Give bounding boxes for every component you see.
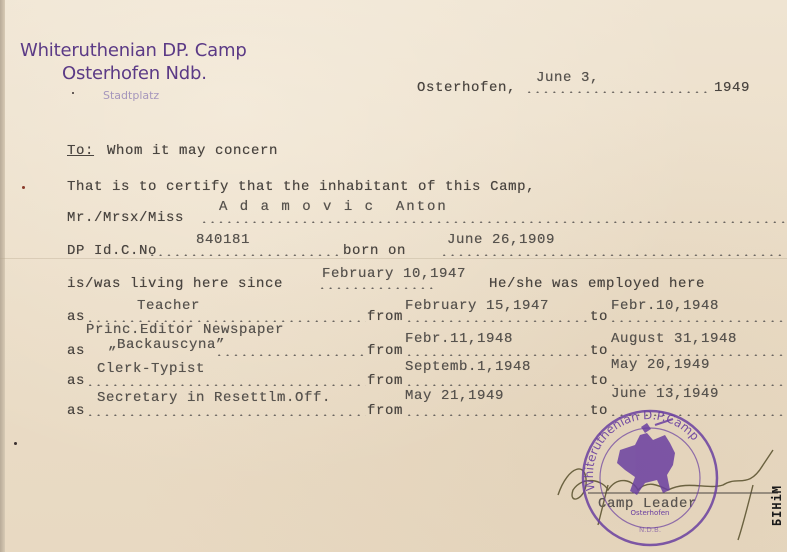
dateline-place: Osterhofen, [417,80,516,96]
residence-prefix: is/was living here since [67,276,283,292]
employment-dots [609,320,785,322]
camp-stamp: Whiteruthenian D.P.Camp Osterhofen N.D.B… [575,405,725,547]
archive-watermark: БІНіМ [770,485,784,526]
employment-dots [609,354,785,356]
employment-as-label: as [67,373,85,389]
residence-since: February 10,1947 [322,266,466,282]
dateline-year: 1949 [714,80,750,96]
employment-dots [405,320,588,322]
employment-from: February 15,1947 [405,298,549,314]
paper-speck [72,92,74,94]
employment-dots [405,354,588,356]
employment-dots [405,414,588,416]
employment-position: Princ.Editor Newspaper [86,322,284,338]
employment-dots [86,414,366,416]
employment-to: May 20,1949 [611,357,710,373]
paper-edge [0,0,5,552]
name-dots [200,221,785,223]
employment-position: Clerk-Typist [97,361,205,377]
id-dots [148,254,340,256]
employment-to-label: to [590,373,608,389]
id-label: DP Id.C.No [67,243,157,259]
header-stamp-line1: Whiteruthenian DP. Camp [20,40,247,61]
employment-to-label: to [590,309,608,325]
employment-position: Secretary in Resettlm.Off. [97,390,331,406]
residence-suffix: He/she was employed here [489,276,705,292]
employment-to: August 31,1948 [611,331,737,347]
employment-to-label: to [590,343,608,359]
header-stamp-line2: Osterhofen Ndb. [62,63,207,84]
paper-speck [14,442,17,445]
svg-text:N.D.B.: N.D.B. [639,526,661,534]
certify-line: That is to certify that the inhabitant o… [67,179,535,195]
header-stamp-line3: Stadtplatz [103,89,159,102]
salutation-to: To: [67,143,94,159]
employment-as-label: as [67,403,85,419]
employment-to: Febr.10,1948 [611,298,719,314]
born-dots [440,254,785,256]
employment-to: June 13,1949 [611,386,719,402]
employment-from: Febr.11,1948 [405,331,513,347]
svg-text:Osterhofen: Osterhofen [631,509,670,517]
employment-from-label: from [367,373,403,389]
employment-from: May 21,1949 [405,388,504,404]
born-label: born on [343,243,406,259]
employment-from: Septemb.1,1948 [405,359,531,375]
id-value: 840181 [196,232,250,248]
employment-dots [86,384,366,386]
paper-speck [22,186,25,189]
employment-as-label: as [67,309,85,325]
employment-as-label: as [67,343,85,359]
employment-from-label: from [367,309,403,325]
employment-from-label: from [367,343,403,359]
employment-from-label: from [367,403,403,419]
dateline-dots [525,91,710,93]
born-value: June 26,1909 [447,232,555,248]
employment-dots [405,384,588,386]
name-value: A d a m o v i c Anton [219,199,448,215]
name-label: Mr./Mrsx/Miss [67,210,184,226]
employment-dots [215,354,365,356]
employment-position-line2: „Backauscyna” [108,337,225,353]
dateline-day: June 3, [536,70,599,86]
salutation-text: Whom it may concern [107,143,278,159]
residence-dots [318,287,436,289]
employment-position: Teacher [137,298,200,314]
